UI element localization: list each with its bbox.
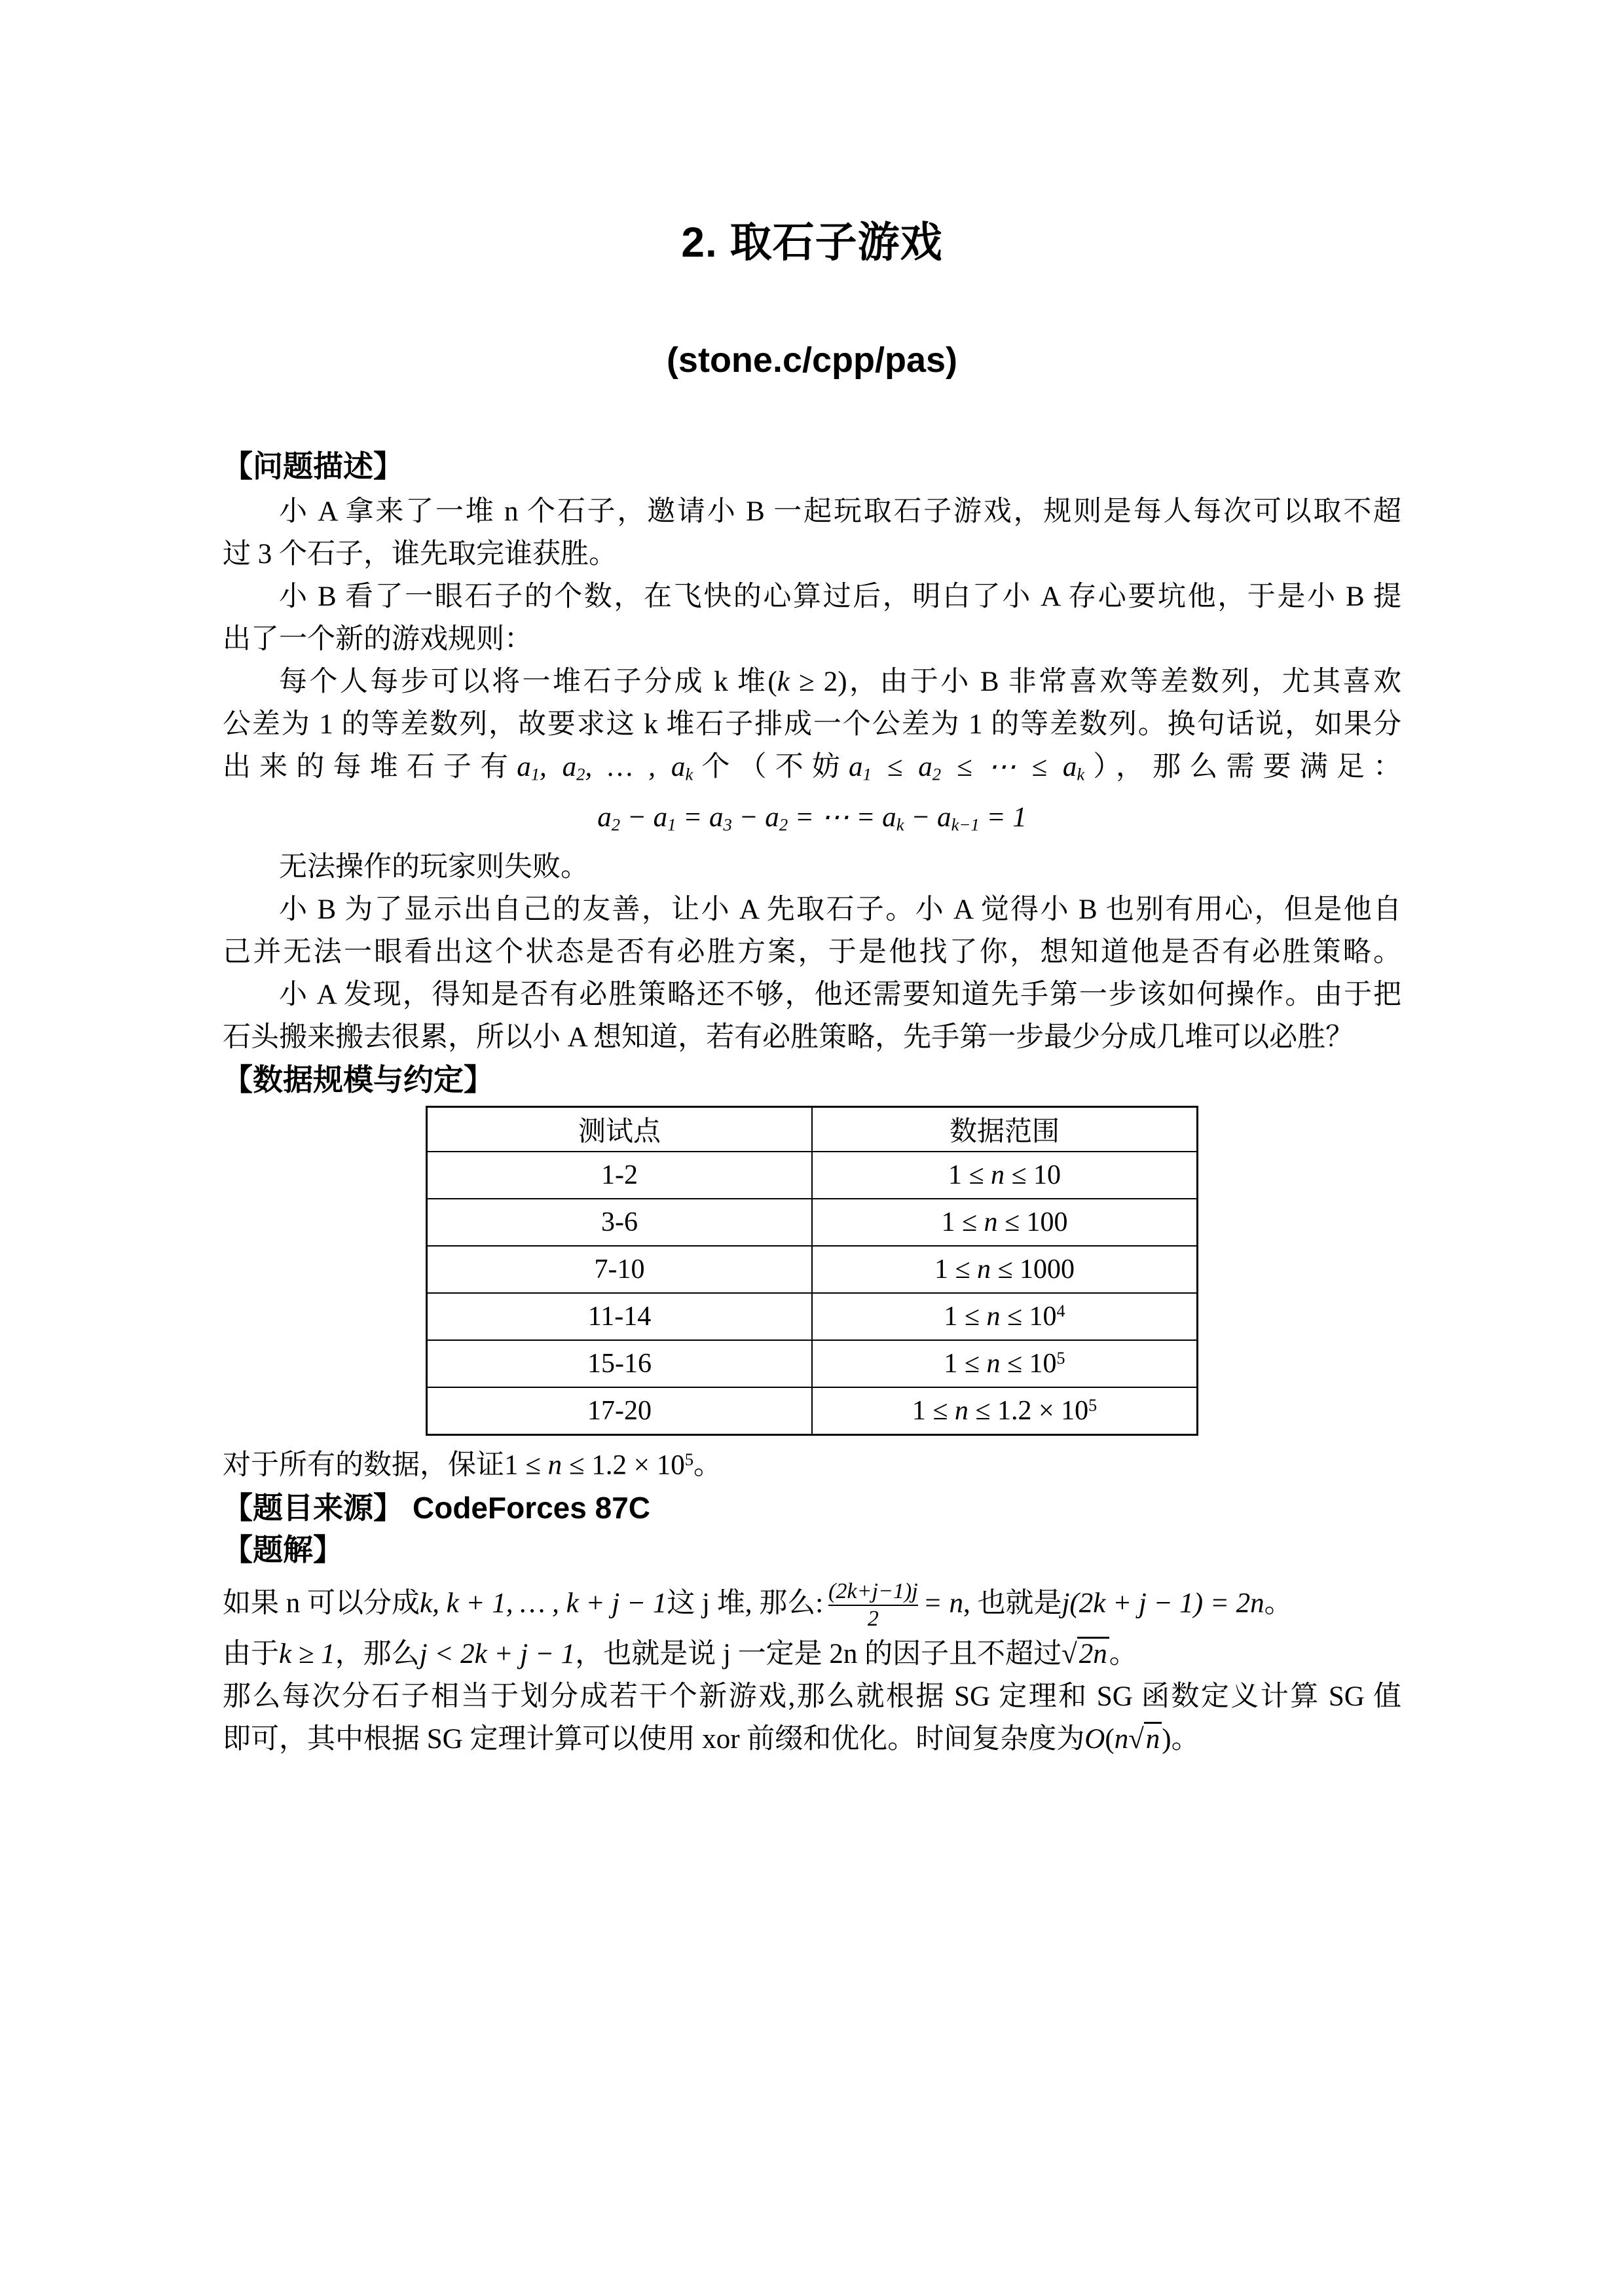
table-row: 7-101 ≤ n ≤ 1000 xyxy=(427,1246,1198,1293)
text-line: 小 A 发现，得知是否有必胜策略还不够，他还需要知道先手第一步该如何操作。由于把 xyxy=(223,974,1401,1016)
data-constraints-heading: 【数据规模与约定】 xyxy=(223,1059,1401,1101)
text-line: 过 3 个石子，谁先取完谁获胜。 xyxy=(223,533,1401,575)
text-line: 小 B 看了一眼石子的个数，在飞快的心算过后，明白了小 A 存心要坑他，于是小 … xyxy=(223,575,1401,618)
tests-cell: 3-6 xyxy=(427,1199,813,1246)
text-line: 出来的每堆石子有a1, a2, … , ak个（不妨a1 ≤ a2 ≤ ⋯ ≤ … xyxy=(223,746,1401,796)
formula-line: a2 − a1 = a3 − a2 = ⋯ = ak − ak−1 = 1 xyxy=(223,796,1401,847)
problem-description-text: 小 A 拿来了一堆 n 个石子，邀请小 B 一起玩取石子游戏，规则是每人每次可以… xyxy=(223,490,1401,1059)
range-cell: 1 ≤ n ≤ 1.2 × 105 xyxy=(812,1387,1198,1435)
text-line: 小 A 拿来了一堆 n 个石子，邀请小 B 一起玩取石子游戏，规则是每人每次可以… xyxy=(223,490,1401,533)
constraints-note: 对于所有的数据，保证1 ≤ n ≤ 1.2 × 105。 xyxy=(223,1438,1401,1486)
source-heading-label: 【题目来源】 xyxy=(223,1491,403,1525)
square-root: √n xyxy=(1128,1722,1162,1755)
range-cell: 1 ≤ n ≤ 105 xyxy=(812,1340,1198,1387)
tests-cell: 11-14 xyxy=(427,1293,813,1340)
range-cell: 1 ≤ n ≤ 1000 xyxy=(812,1246,1198,1293)
source-heading: 【题目来源】CodeForces 87C xyxy=(223,1487,1401,1529)
table-row: 3-61 ≤ n ≤ 100 xyxy=(427,1199,1198,1246)
text-line: 出了一个新的游戏规则： xyxy=(223,618,1401,661)
range-cell: 1 ≤ n ≤ 100 xyxy=(812,1199,1198,1246)
text-line: 每个人每步可以将一堆石子分成 k 堆(k ≥ 2)，由于小 B 非常喜欢等差数列… xyxy=(223,661,1401,703)
text-line: 即可，其中根据 SG 定理计算可以使用 xor 前缀和优化。时间复杂度为O(n√… xyxy=(223,1718,1401,1760)
table-row: 1-21 ≤ n ≤ 10 xyxy=(427,1152,1198,1199)
constraints-table: 测试点数据范围 1-21 ≤ n ≤ 103-61 ≤ n ≤ 1007-101… xyxy=(426,1106,1198,1436)
text-line: 小 B 为了显示出自己的友善，让小 A 先取石子。小 A 觉得小 B 也别有用心… xyxy=(223,888,1401,931)
table-row: 11-141 ≤ n ≤ 104 xyxy=(427,1293,1198,1340)
tests-cell: 1-2 xyxy=(427,1152,813,1199)
text-line: 己并无法一眼看出这个状态是否有必胜方案，于是他找了你，想知道他是否有必胜策略。 xyxy=(223,931,1401,974)
table-header-cell: 数据范围 xyxy=(812,1107,1198,1152)
text-line: 无法操作的玩家则失败。 xyxy=(223,846,1401,888)
solution-heading: 【题解】 xyxy=(223,1529,1401,1571)
text-line: 如果 n 可以分成k, k + 1, … , k + j − 1这 j 堆, 那… xyxy=(223,1578,1401,1633)
table-header-cell: 测试点 xyxy=(427,1107,813,1152)
text-line: 由于k ≥ 1，那么j < 2k + j − 1，也就是说 j 一定是 2n 的… xyxy=(223,1633,1401,1675)
table-row: 17-201 ≤ n ≤ 1.2 × 105 xyxy=(427,1387,1198,1435)
text-line: 石头搬来搬去很累，所以小 A 想知道，若有必胜策略，先手第一步最少分成几堆可以必… xyxy=(223,1016,1401,1059)
solution-text: 如果 n 可以分成k, k + 1, … , k + j − 1这 j 堆, 那… xyxy=(223,1578,1401,1761)
document-page: 2. 取石子游戏 (stone.c/cpp/pas) 【问题描述】 小 A 拿来… xyxy=(0,0,1624,2296)
text-line: 公差为 1 的等差数列，故要求这 k 堆石子排成一个公差为 1 的等差数列。换句… xyxy=(223,703,1401,746)
fraction: (2k+j−1)j2 xyxy=(828,1578,918,1633)
table-row: 15-161 ≤ n ≤ 105 xyxy=(427,1340,1198,1387)
text-line: 那么每次分石子相当于划分成若干个新游戏,那么就根据 SG 定理和 SG 函数定义… xyxy=(223,1675,1401,1718)
table-header-row: 测试点数据范围 xyxy=(427,1107,1198,1152)
range-cell: 1 ≤ n ≤ 10 xyxy=(812,1152,1198,1199)
page-title: 2. 取石子游戏 xyxy=(223,0,1401,268)
tests-cell: 17-20 xyxy=(427,1387,813,1435)
tests-cell: 7-10 xyxy=(427,1246,813,1293)
tests-cell: 15-16 xyxy=(427,1340,813,1387)
problem-description-heading: 【问题描述】 xyxy=(223,445,1401,487)
square-root: √2n xyxy=(1061,1637,1109,1669)
range-cell: 1 ≤ n ≤ 104 xyxy=(812,1293,1198,1340)
page-subtitle: (stone.c/cpp/pas) xyxy=(223,337,1401,383)
text-line: 对于所有的数据，保证1 ≤ n ≤ 1.2 × 105。 xyxy=(223,1438,1401,1486)
source-value: CodeForces 87C xyxy=(413,1491,650,1525)
